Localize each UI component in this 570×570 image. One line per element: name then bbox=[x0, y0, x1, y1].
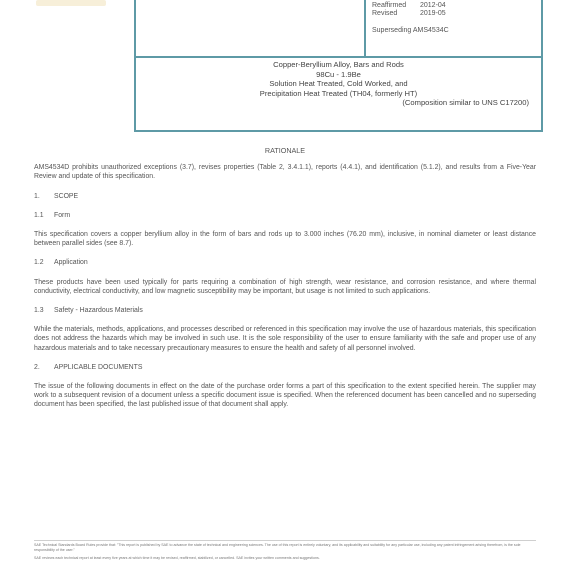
section-text: While the materials, methods, applicatio… bbox=[34, 325, 536, 353]
meta-value: 2012-04 bbox=[420, 2, 446, 10]
document-header-box: Reaffirmed 2012-04 Revised 2019-05 Super… bbox=[134, 0, 543, 132]
footer-text: SAE reviews each technical report at lea… bbox=[34, 556, 536, 561]
section-number: 2. bbox=[34, 363, 54, 372]
header-left-cell bbox=[136, 0, 366, 56]
section-number: 1.2 bbox=[34, 258, 54, 267]
composition-note: (Composition similar to UNS C17200) bbox=[136, 98, 541, 108]
section-heading: 2.APPLICABLE DOCUMENTS bbox=[34, 363, 536, 372]
section-heading: 1.SCOPE bbox=[34, 192, 536, 201]
section-title: Application bbox=[54, 259, 88, 266]
section-title: SCOPE bbox=[54, 193, 78, 200]
title-line: Precipitation Heat Treated (TH04, former… bbox=[136, 89, 541, 99]
document-title: Copper-Beryllium Alloy, Bars and Rods 98… bbox=[136, 60, 541, 108]
title-line: Solution Heat Treated, Cold Worked, and bbox=[136, 79, 541, 89]
rationale-heading: RATIONALE bbox=[34, 146, 536, 155]
title-line: Copper-Beryllium Alloy, Bars and Rods bbox=[136, 60, 541, 70]
section-heading: 1.1Form bbox=[34, 211, 536, 220]
section-text: These products have been used typically … bbox=[34, 278, 536, 296]
meta-row-revised: Revised 2019-05 bbox=[372, 10, 541, 18]
meta-label: Reaffirmed bbox=[372, 2, 420, 10]
section-heading: 1.3Safety - Hazardous Materials bbox=[34, 306, 536, 315]
section-text: The issue of the following documents in … bbox=[34, 382, 536, 410]
meta-label: Revised bbox=[372, 10, 420, 18]
meta-row-reaffirmed: Reaffirmed 2012-04 bbox=[372, 2, 541, 10]
section-number: 1.1 bbox=[34, 211, 54, 220]
superseding-note: Superseding AMS4534C bbox=[372, 27, 541, 35]
footer-divider bbox=[34, 540, 536, 541]
section-number: 1.3 bbox=[34, 306, 54, 315]
footer-notice: SAE Technical Standards Board Rules prov… bbox=[34, 543, 536, 564]
footer-text: SAE Technical Standards Board Rules prov… bbox=[34, 543, 536, 553]
section-heading: 1.2Application bbox=[34, 258, 536, 267]
section-text: This specification covers a copper beryl… bbox=[34, 230, 536, 248]
section-title: APPLICABLE DOCUMENTS bbox=[54, 364, 142, 371]
section-title: Form bbox=[54, 212, 70, 219]
rationale-text: AMS4534D prohibits unauthorized exceptio… bbox=[34, 163, 536, 181]
document-body: RATIONALE AMS4534D prohibits unauthorize… bbox=[34, 146, 536, 420]
revision-info: Reaffirmed 2012-04 Revised 2019-05 Super… bbox=[372, 2, 541, 35]
title-line: 98Cu - 1.9Be bbox=[136, 70, 541, 80]
section-number: 1. bbox=[34, 192, 54, 201]
logo bbox=[36, 0, 106, 6]
section-title: Safety - Hazardous Materials bbox=[54, 307, 143, 314]
meta-value: 2019-05 bbox=[420, 10, 446, 18]
header-top-row: Reaffirmed 2012-04 Revised 2019-05 Super… bbox=[136, 0, 541, 58]
